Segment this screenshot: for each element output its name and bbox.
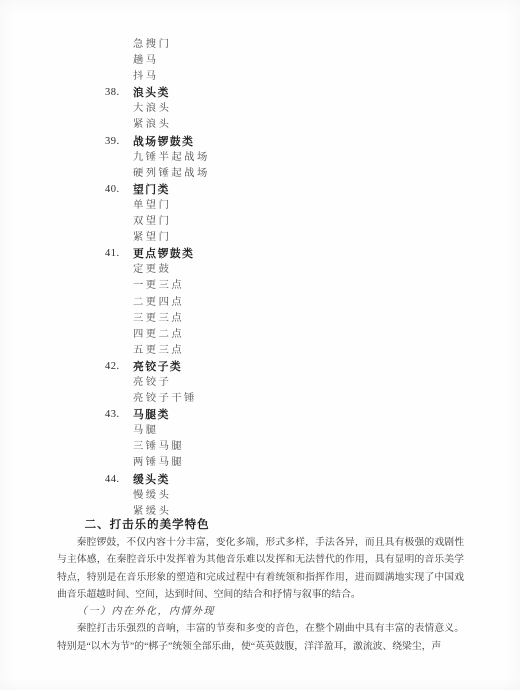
pattern-item: 九锤半起战场	[105, 150, 445, 166]
category-item: 44.缓头类	[105, 472, 445, 488]
category-item: 39.战场锣鼓类	[105, 134, 445, 150]
category-item: 38.浪头类	[105, 85, 445, 101]
pattern-item: 四更二点	[105, 327, 445, 343]
pattern-item: 五更三点	[105, 343, 445, 359]
document-page: 急搜门趟马抖马38.浪头类大浪头紧浪头39.战场锣鼓类九锤半起战场硬列锤起战场4…	[0, 0, 520, 690]
pattern-item: 紧望门	[105, 230, 445, 246]
category-label: 浪头类	[133, 85, 170, 101]
pattern-item: 一更三点	[105, 278, 445, 294]
pattern-item: 硬列锤起战场	[105, 166, 445, 182]
category-label: 更点锣鼓类	[133, 246, 194, 262]
pattern-item: 马腿	[105, 423, 445, 439]
category-number: 41.	[105, 246, 133, 262]
category-number: 39.	[105, 134, 133, 150]
pattern-item: 单望门	[105, 198, 445, 214]
pattern-item: 两锤马腿	[105, 455, 445, 471]
pattern-item: 二更四点	[105, 295, 445, 311]
pattern-item: 三锤马腿	[105, 439, 445, 455]
category-label: 亮铰子类	[133, 359, 182, 375]
section-heading: 二、打击乐的美学特色	[57, 516, 464, 534]
category-number: 42.	[105, 359, 133, 375]
category-label: 缓头类	[133, 472, 170, 488]
paragraph-detail: 秦腔打击乐强烈的音响，丰富的节奏和多变的音色，在整个剧曲中具有丰富的表情意义。特…	[57, 620, 464, 655]
pattern-item: 亮铰子	[105, 375, 445, 391]
paragraph-overview: 秦腔锣鼓，不仅内容十分丰富，变化多端，形式多样，手法各异，而且具有极强的戏剧性与…	[57, 534, 464, 603]
category-label: 望门类	[133, 182, 170, 198]
category-label: 战场锣鼓类	[133, 134, 194, 150]
pattern-item: 紧浪头	[105, 117, 445, 133]
subsection-heading: （一）内在外化，内情外现	[57, 603, 464, 620]
category-item: 43.马腿类	[105, 407, 445, 423]
category-number: 43.	[105, 407, 133, 423]
pattern-item: 定更鼓	[105, 262, 445, 278]
pattern-item: 急搜门	[105, 37, 445, 53]
body-text-block: 二、打击乐的美学特色 秦腔锣鼓，不仅内容十分丰富，变化多端，形式多样，手法各异，…	[57, 516, 464, 655]
pattern-item: 慢缓头	[105, 488, 445, 504]
pattern-item: 抖马	[105, 69, 445, 85]
pattern-item: 大浪头	[105, 101, 445, 117]
pattern-item: 三更三点	[105, 311, 445, 327]
category-item: 42.亮铰子类	[105, 359, 445, 375]
pattern-item: 趟马	[105, 53, 445, 69]
category-item: 41.更点锣鼓类	[105, 246, 445, 262]
category-label: 马腿类	[133, 407, 170, 423]
percussion-pattern-list: 急搜门趟马抖马38.浪头类大浪头紧浪头39.战场锣鼓类九锤半起战场硬列锤起战场4…	[105, 37, 445, 520]
category-number: 40.	[105, 182, 133, 198]
category-item: 40.望门类	[105, 182, 445, 198]
category-number: 38.	[105, 85, 133, 101]
category-number: 44.	[105, 472, 133, 488]
pattern-item: 亮铰子干锤	[105, 391, 445, 407]
pattern-item: 双望门	[105, 214, 445, 230]
